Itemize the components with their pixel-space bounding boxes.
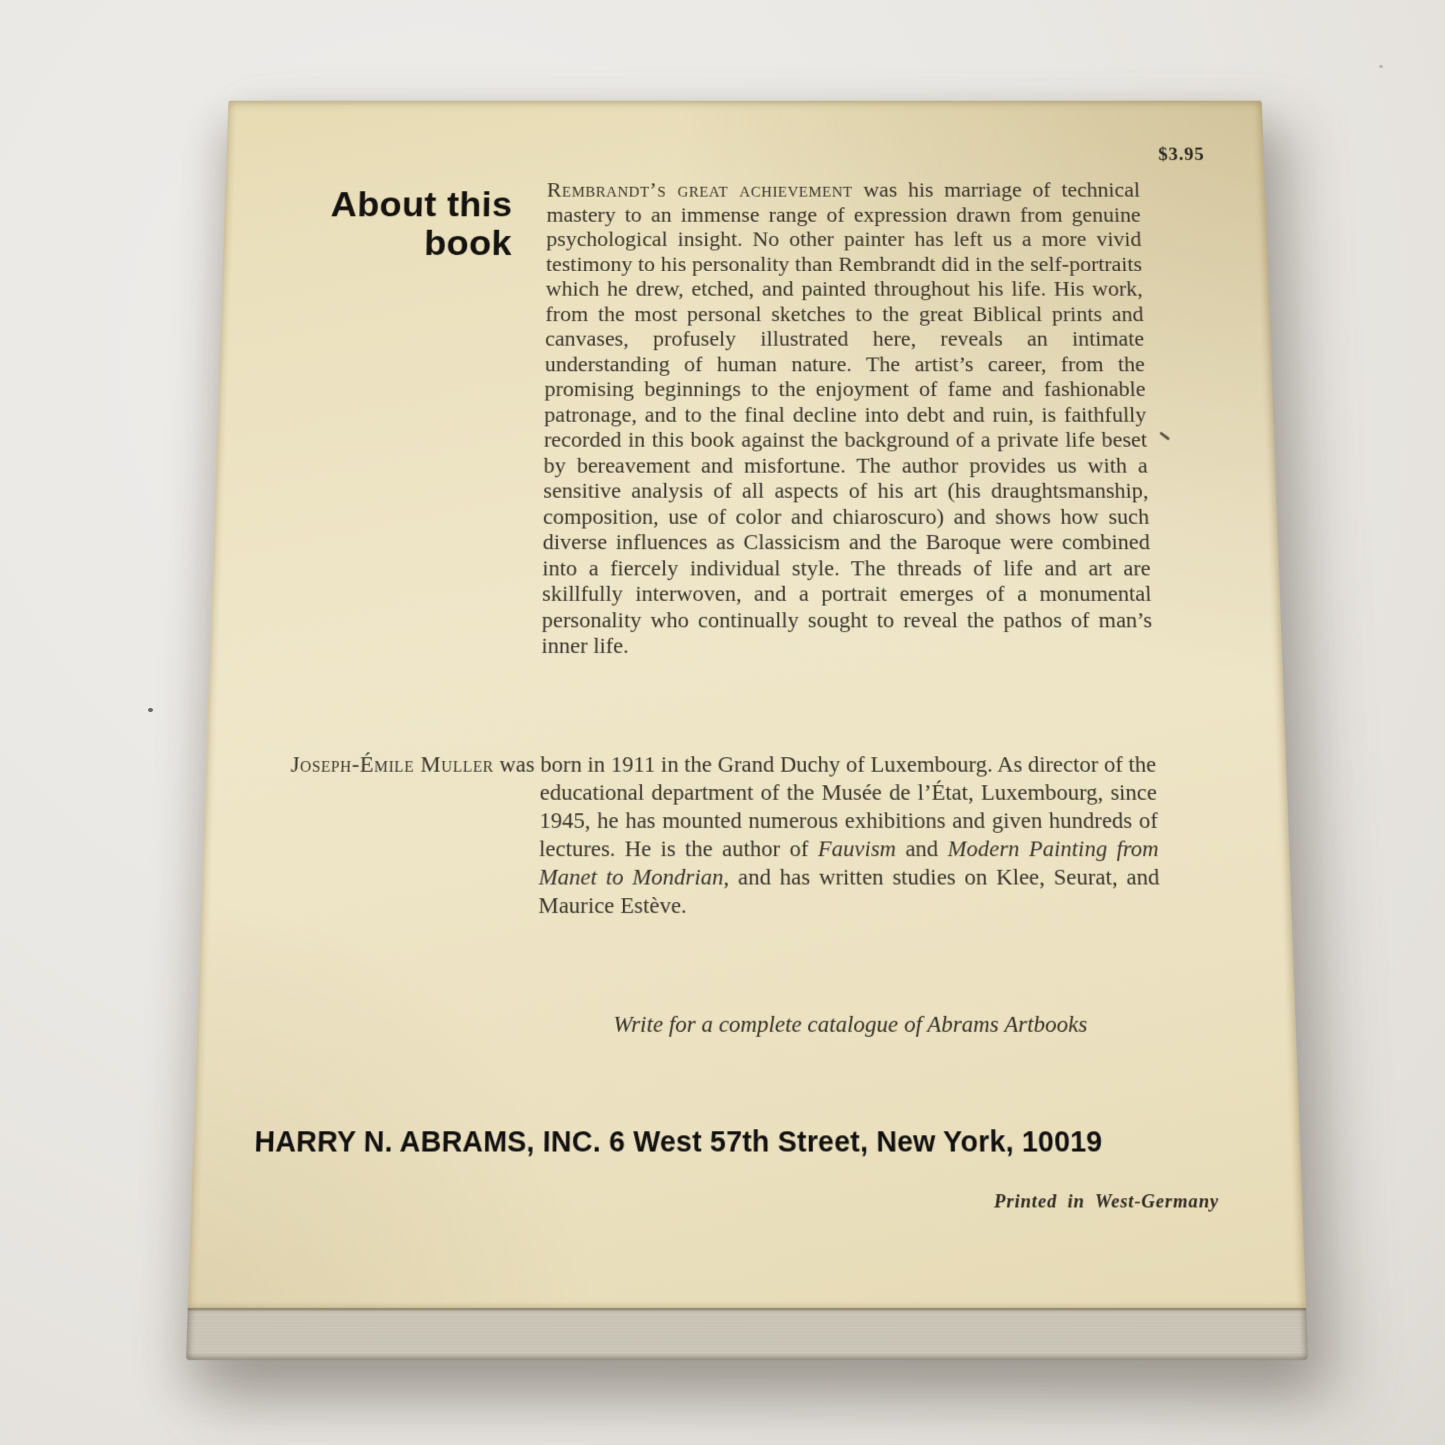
catalogue-note: Write for a complete catalogue of Abrams… bbox=[537, 1012, 1164, 1039]
photo-scene: $3.95 About this book Rembrandt’s great … bbox=[0, 0, 1445, 1445]
page-edges bbox=[186, 1308, 1308, 1360]
stray-mark bbox=[1160, 432, 1171, 441]
heading-line-2: book bbox=[277, 224, 512, 263]
cover-surface: $3.95 About this book Rembrandt’s great … bbox=[188, 101, 1306, 1308]
author-bio-segment: Fauvism bbox=[818, 837, 897, 862]
heading-line-1: About this bbox=[278, 186, 513, 224]
author-bio-segment: Joseph-Émile Muller bbox=[290, 752, 494, 777]
dust-speck bbox=[148, 708, 153, 712]
about-paragraph-body: was his marriage of technical mastery to… bbox=[541, 179, 1152, 659]
author-bio-segment: and bbox=[896, 837, 948, 862]
author-bio-paragraph: Joseph-Émile Muller was born in 1911 in … bbox=[286, 751, 1160, 920]
book-back-cover: $3.95 About this book Rembrandt’s great … bbox=[186, 101, 1308, 1360]
about-paragraph: Rembrandt’s great achievement was his ma… bbox=[541, 179, 1153, 660]
printed-in-line: Printed in West-Germany bbox=[994, 1191, 1220, 1213]
about-this-book-heading: About this book bbox=[277, 186, 513, 263]
price-label: $3.95 bbox=[1158, 145, 1205, 165]
publisher-address-line: HARRY N. ABRAMS, INC. 6 West 57th Street… bbox=[254, 1126, 1261, 1159]
dust-speck bbox=[1379, 65, 1383, 68]
about-paragraph-lead: Rembrandt’s great achievement bbox=[547, 179, 853, 202]
